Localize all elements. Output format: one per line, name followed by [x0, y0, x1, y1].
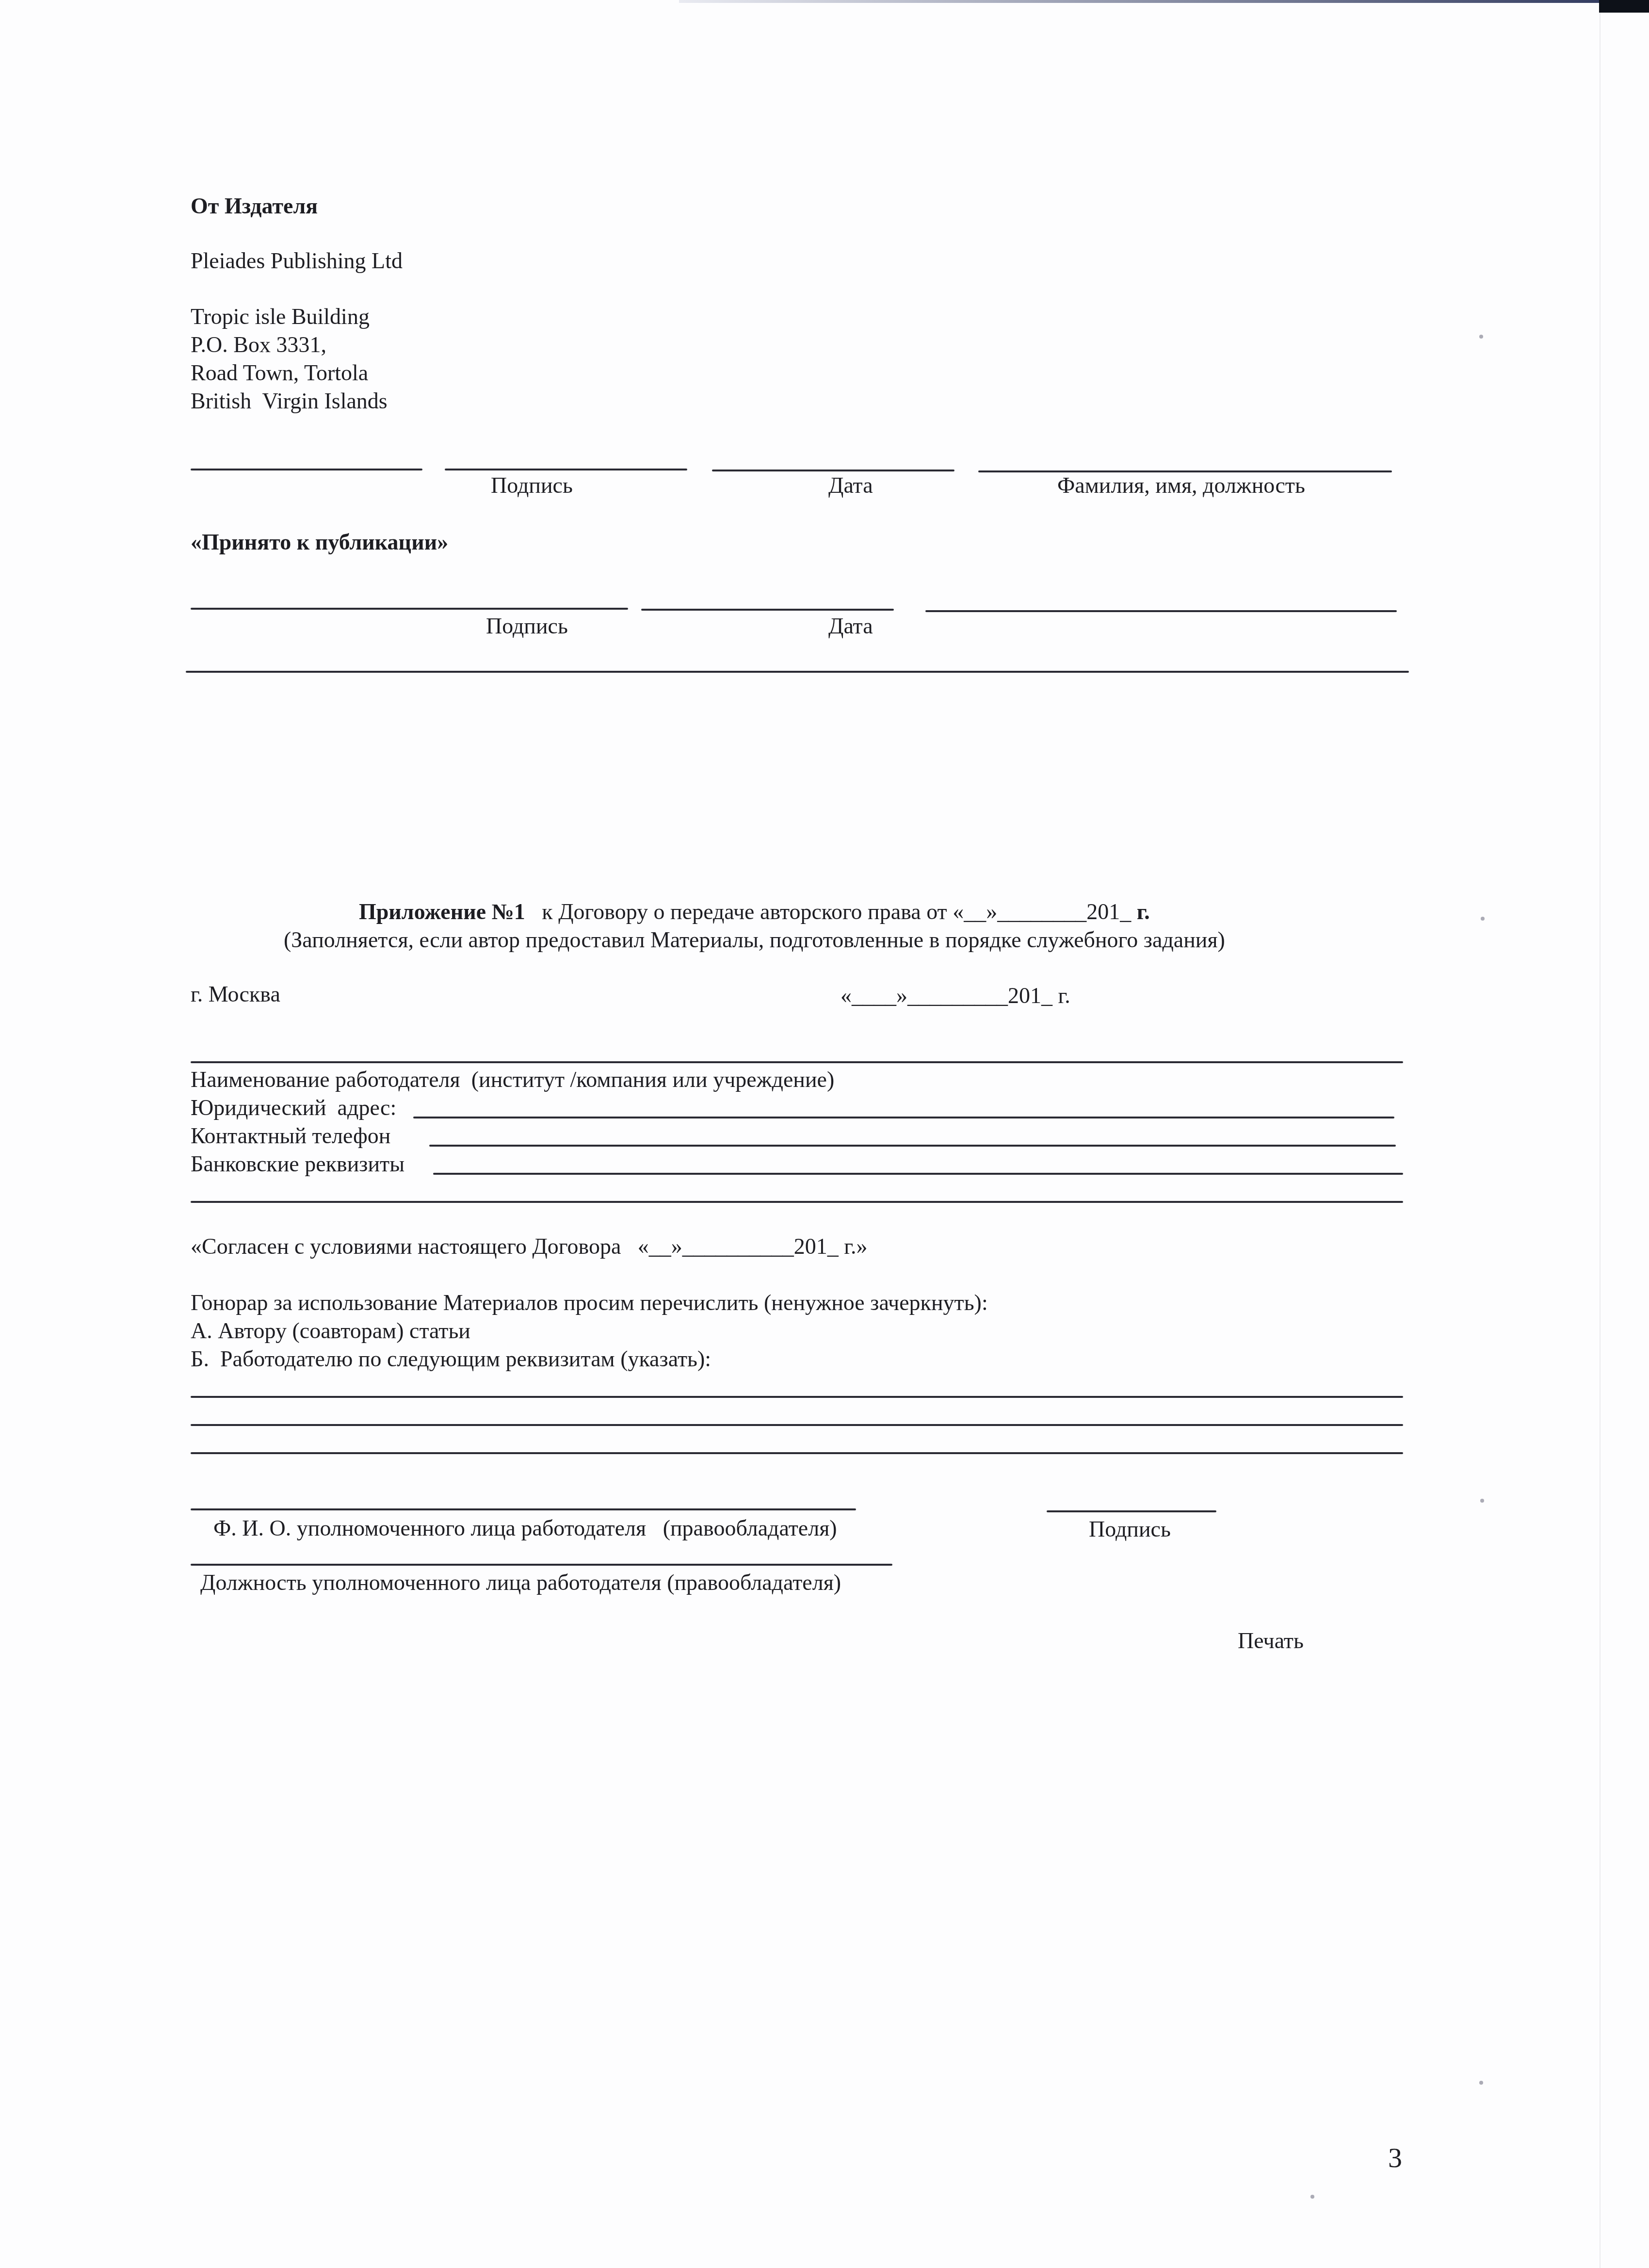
employer-address-label: Юридический адрес: — [191, 1097, 396, 1119]
scan-artifact-edge — [1600, 13, 1600, 2268]
publisher-address-line: Tropic isle Building — [191, 306, 370, 328]
page-number: 3 — [1388, 2144, 1402, 2172]
publisher-signature-line[interactable] — [445, 469, 687, 470]
employer-bank-line[interactable] — [433, 1173, 1403, 1175]
section-divider — [186, 671, 1409, 673]
scan-speck — [1480, 1499, 1484, 1503]
authorized-signature-label: Подпись — [1089, 1518, 1171, 1540]
employer-bank-line-2[interactable] — [191, 1201, 1403, 1203]
publisher-name-position-label: Фамилия, имя, должность — [1057, 474, 1305, 497]
publisher-date-label: Дата — [828, 474, 873, 497]
authorized-name-label: Ф. И. О. уполномоченного лица работодате… — [213, 1517, 837, 1539]
scan-speck — [1479, 2081, 1483, 2085]
publisher-name-position-line[interactable] — [978, 470, 1392, 472]
agreement-statement: «Согласен с условиями настоящего Договор… — [191, 1235, 868, 1258]
scan-speck — [1479, 335, 1483, 339]
accepted-signature-line[interactable] — [191, 608, 628, 610]
stamp-label: Печать — [1238, 1630, 1304, 1652]
scan-artifact-top — [679, 0, 1599, 3]
publisher-heading: От Издателя — [191, 195, 318, 217]
fee-option-a[interactable]: А. Автору (соавторам) статьи — [191, 1320, 470, 1342]
authorized-name-line[interactable] — [191, 1508, 856, 1510]
accepted-date-label: Дата — [828, 615, 873, 637]
employer-name-line[interactable] — [191, 1061, 1403, 1063]
scan-speck — [1310, 2195, 1314, 2199]
fee-details-line[interactable] — [191, 1452, 1403, 1454]
appendix-title: Приложение №1 к Договору о передаче авто… — [359, 901, 1150, 923]
employer-bank-label: Банковские реквизиты — [191, 1153, 404, 1175]
scan-artifact-corner — [1599, 0, 1649, 13]
appendix-title-year: г. — [1137, 899, 1150, 924]
employer-name-label: Наименование работодателя (институт /ком… — [191, 1069, 834, 1091]
publisher-address-line: P.O. Box 3331, — [191, 334, 326, 356]
authorized-position-label: Должность уполномоченного лица работодат… — [200, 1571, 841, 1594]
appendix-title-rest: к Договору о передаче авторского права о… — [542, 899, 1136, 924]
authorized-signature-line[interactable] — [1047, 1510, 1216, 1512]
fee-details-line[interactable] — [191, 1396, 1403, 1398]
appendix-subtitle: (Заполняется, если автор предоставил Мат… — [284, 929, 1225, 951]
publisher-date-line[interactable] — [712, 470, 954, 471]
fee-details-line[interactable] — [191, 1424, 1403, 1426]
appendix-title-bold: Приложение №1 — [359, 899, 525, 924]
scan-speck — [1481, 917, 1485, 921]
publisher-address-line: British Virgin Islands — [191, 390, 388, 412]
employer-phone-label: Контактный телефон — [191, 1125, 390, 1147]
publisher-name: Pleiades Publishing Ltd — [191, 250, 403, 272]
authorized-position-line[interactable] — [191, 1564, 892, 1566]
appendix-date[interactable]: «____»_________201_ г. — [841, 985, 1070, 1007]
publisher-signature-label: Подпись — [491, 474, 573, 497]
fee-intro: Гонорар за использование Материалов прос… — [191, 1292, 988, 1314]
accepted-signature-label: Подпись — [486, 615, 568, 637]
fee-option-b[interactable]: Б. Работодателю по следующим реквизитам … — [191, 1348, 711, 1370]
accepted-date-line[interactable] — [641, 609, 894, 611]
accepted-heading: «Принято к публикации» — [191, 531, 448, 553]
publisher-blank-line[interactable] — [191, 469, 422, 470]
accepted-name-line[interactable] — [925, 610, 1397, 612]
appendix-city: г. Москва — [191, 983, 280, 1005]
employer-address-line[interactable] — [413, 1117, 1394, 1118]
employer-phone-line[interactable] — [429, 1145, 1396, 1147]
publisher-address-line: Road Town, Tortola — [191, 362, 368, 384]
